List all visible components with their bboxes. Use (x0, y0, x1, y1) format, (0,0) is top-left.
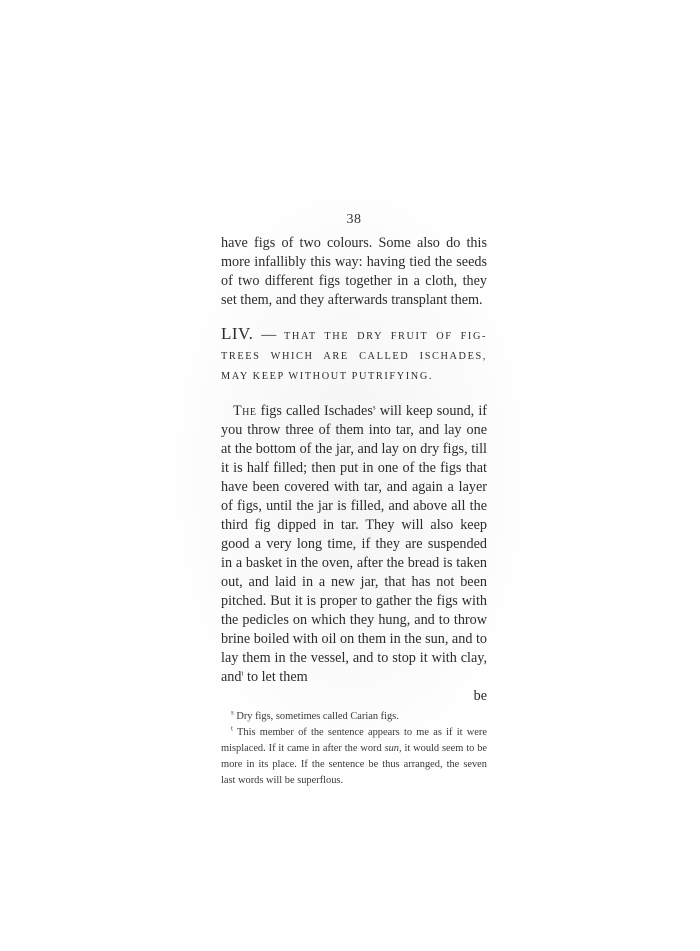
page-number: 38 (221, 212, 487, 228)
footnote-s: s Dry figs, sometimes called Carian figs… (221, 709, 487, 725)
catchword: be (221, 687, 487, 706)
footnote-t-italic: sun (385, 743, 399, 754)
footnote-t: t This member of the sentence appears to… (221, 725, 487, 789)
opening-paragraph: have figs of two colours. Some also do t… (221, 234, 487, 310)
body-text-3: to let them (243, 669, 307, 685)
chapter-numeral: LIV. (221, 324, 253, 343)
footnote-s-text: Dry figs, sometimes called Carian figs. (234, 711, 399, 722)
lead-word: The (233, 403, 257, 419)
body-text-2: will keep sound, if you throw three of t… (221, 403, 487, 685)
footnotes: s Dry figs, sometimes called Carian figs… (221, 709, 487, 789)
body-text-1: figs called Ischades (257, 403, 373, 419)
chapter-heading: LIV. — That the dry fruit of fig-trees w… (221, 324, 487, 386)
chapter-dash: — (261, 327, 276, 343)
page-text-block: 38 have figs of two colours. Some also d… (221, 212, 487, 789)
body-paragraph: The figs called Ischadess will keep soun… (221, 402, 487, 687)
